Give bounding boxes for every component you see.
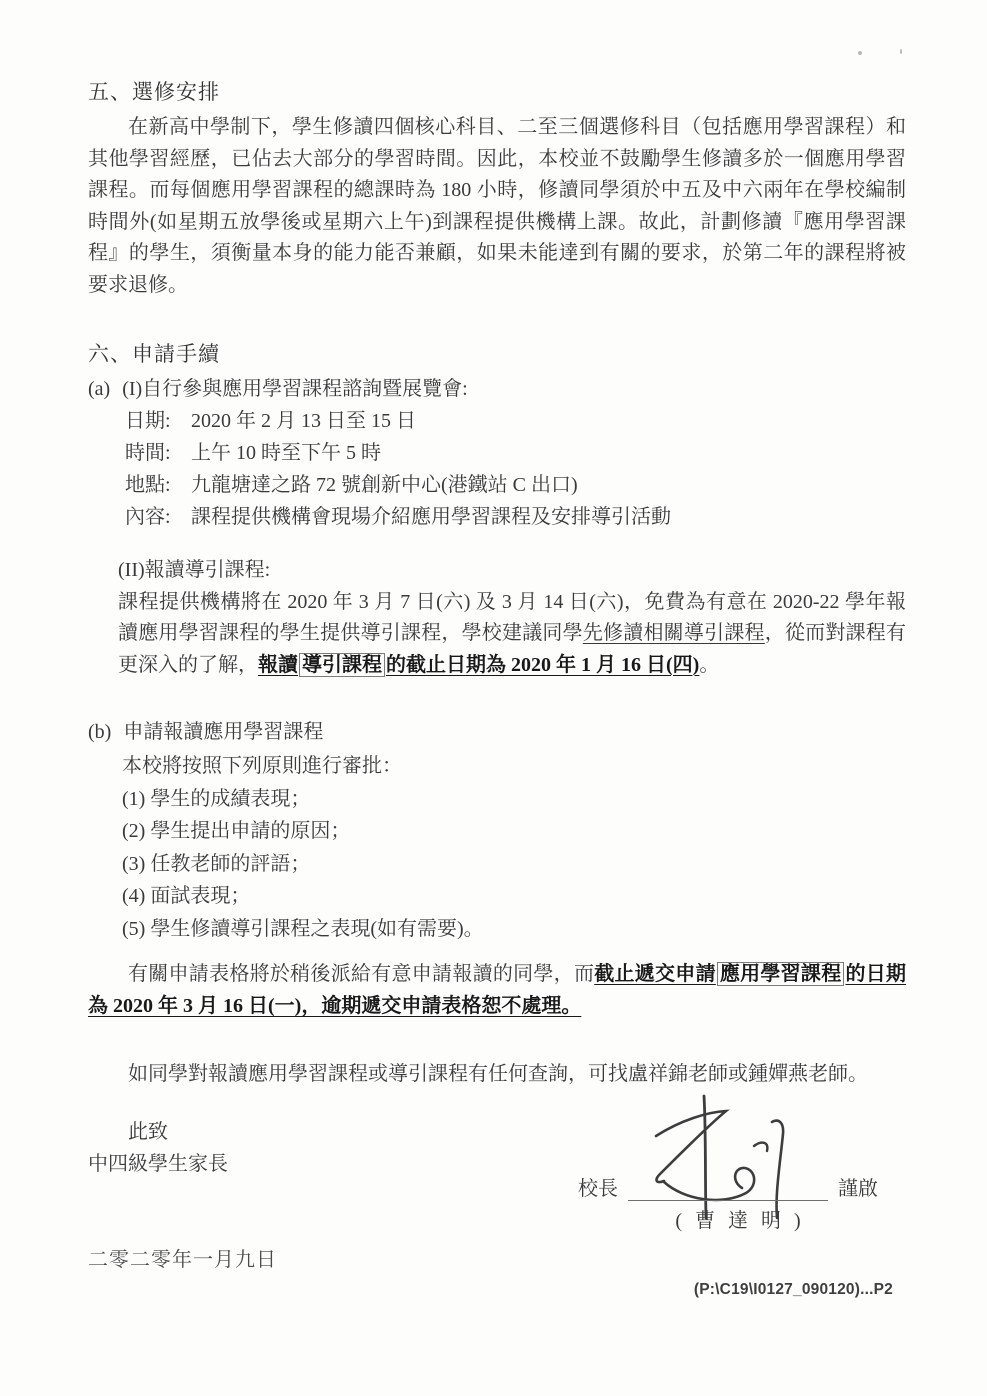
item-a-title: (I)自行參與應用學習課程諮詢暨展覽會: [122,374,468,405]
criterion-2: (2) 學生提出申請的原因； [122,815,906,848]
detail-label: 時間: [125,437,191,469]
item-aii-title: (II)報讀導引課程: [118,555,906,585]
detail-label: 日期: [125,405,191,437]
item-b-title: 申請報讀應用學習課程 [123,717,323,748]
criterion-5: (5) 學生修讀導引課程之表現(如有需要)。 [122,913,906,946]
detail-label: 內容: [125,501,191,533]
deadline-text-lead: 有關申請表格將於稍後派給有意申請報讀的同學，而 [128,963,594,985]
criterion-1: (1) 學生的成績表現； [122,783,906,816]
section-6-heading: 六、申請手續 [88,338,906,368]
deadline-boxed-term: 應用學習課程 [717,962,845,986]
respect-label: 謹啟 [838,1172,878,1201]
submission-deadline-paragraph: 有關申請表格將於稍後派給有意申請報讀的同學，而截止遞交申請應用學習課程的日期為 … [88,959,906,1022]
principal-label: 校長 [578,1172,618,1201]
aii-underlined-advice: 先修讀相關導引課程 [583,622,765,644]
signature-line [628,1174,828,1201]
detail-row-date: 日期: 2020 年 2 月 13 日至 15 日 [125,405,906,437]
aii-boxed-term: 導引課程 [299,653,385,677]
deadline-bold-lead: 截止遞交申請 [594,963,716,985]
detail-value: 上午 10 時至下午 5 時 [191,437,906,469]
letter-date: 二零二零年一月九日 [88,1243,277,1272]
section-5-paragraph: 在新高中學制下，學生修讀四個核心科目、二至三個選修科目（包括應用學習課程）和其他… [88,112,906,302]
detail-value: 九龍塘達之路 72 號創新中心(港鐵站 C 出口) [191,469,906,501]
enquiry-paragraph: 如同學對報讀應用學習課程或導引課程有任何查詢，可找盧祥錦老師或鍾嬋燕老師。 [88,1059,906,1091]
signature-row: 校長 謹啟 [578,1172,908,1201]
item-aii-paragraph: 課程提供機構將在 2020 年 3 月 7 日(六) 及 3 月 14 日(六)… [118,587,906,682]
criterion-4: (4) 面試表現； [122,880,906,913]
section-5-heading: 五、選修安排 [88,76,906,106]
aii-deadline-bold-date: 的截止日期為 2020 年 1 月 16 日(四) [386,654,699,676]
footer-file-reference: (P:\C19\I0127_090120)...P2 [694,1281,893,1299]
review-intro: 本校將按照下列原則進行審批： [122,750,906,783]
item-aii: (II)報讀導引課程: 課程提供機構將在 2020 年 3 月 7 日(六) 及… [118,555,906,682]
scan-speck [900,49,902,54]
item-b: (b) 申請報讀應用學習課程 [88,717,906,748]
scan-speck [858,51,862,55]
item-a: (a) (I)自行參與應用學習課程諮詢暨展覽會: [88,374,906,405]
detail-row-time: 時間: 上午 10 時至下午 5 時 [125,437,906,469]
item-b-tag: (b) [88,717,111,748]
detail-value: 2020 年 2 月 13 日至 15 日 [191,405,906,437]
detail-label: 地點: [125,469,191,501]
detail-value: 課程提供機構會現場介紹應用學習課程及安排導引活動 [191,501,906,533]
scanned-letter-page: 五、選修安排 在新高中學制下，學生修讀四個核心科目、二至三個選修科目（包括應用學… [0,0,987,1396]
criterion-3: (3) 任教老師的評語； [122,848,906,881]
principal-name: ( 曹 達 明 ) [640,1204,840,1233]
item-a-tag: (a) [88,374,110,405]
letter-body: 五、選修安排 在新高中學制下，學生修讀四個核心科目、二至三個選修科目（包括應用學… [88,76,906,1180]
aii-text-end: 。 [699,654,719,676]
detail-row-content: 內容: 課程提供機構會現場介紹應用學習課程及安排導引活動 [125,501,906,533]
aii-deadline-bold-lead: 報讀 [258,654,298,676]
detail-row-venue: 地點: 九龍塘達之路 72 號創新中心(港鐵站 C 出口) [125,469,906,501]
